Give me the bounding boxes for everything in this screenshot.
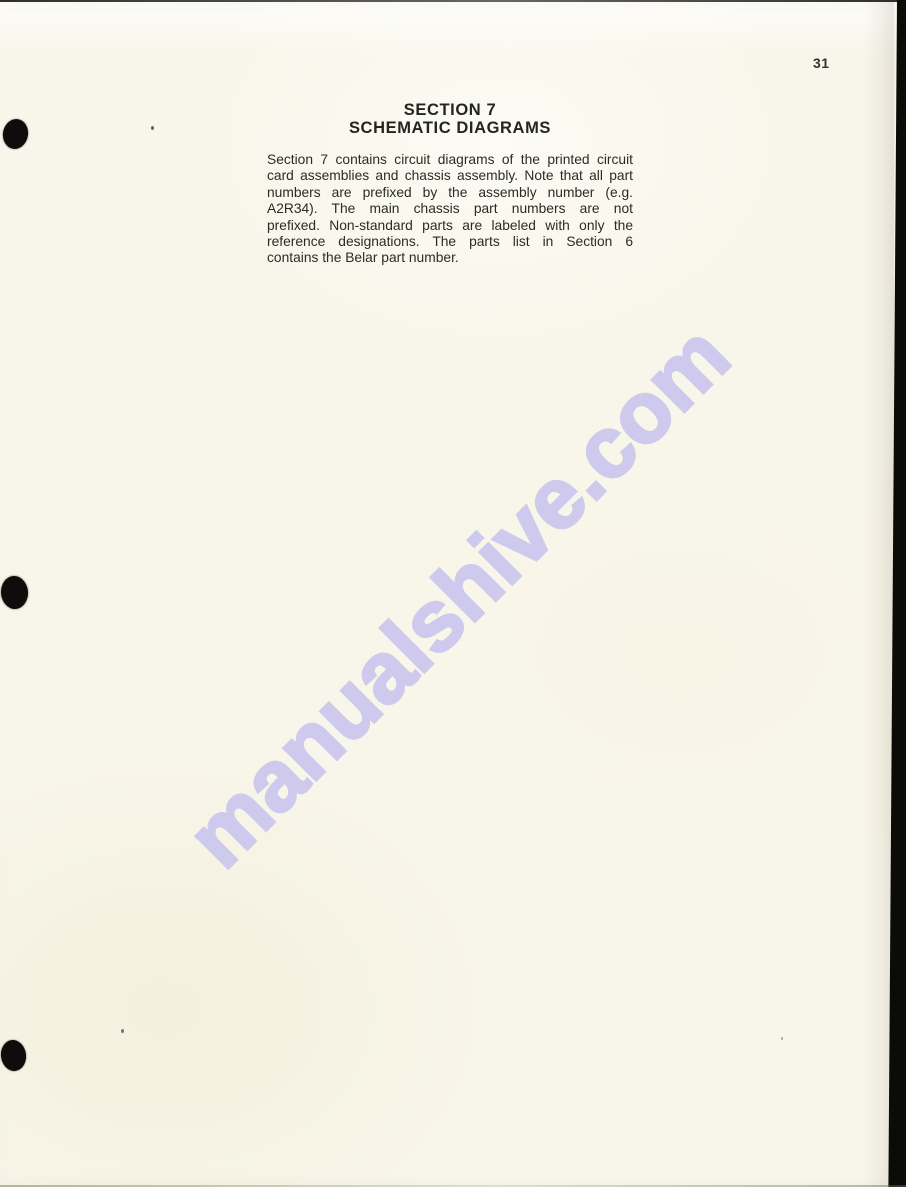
body-line: Section 7 contains circuit diagrams of t… xyxy=(267,152,633,168)
body-paragraph: Section 7 contains circuit diagrams of t… xyxy=(267,152,633,267)
scanned-manual-page: manualshive.com 31 SECTION 7 SCHEMATIC D… xyxy=(0,0,906,1187)
section-heading-line1: SECTION 7 xyxy=(267,101,633,119)
scan-speck xyxy=(781,1037,783,1040)
body-line: card assemblies and chassis assembly. No… xyxy=(267,168,633,184)
scan-speck xyxy=(121,1029,124,1033)
scan-top-edge xyxy=(0,0,906,2)
section-heading-line2: SCHEMATIC DIAGRAMS xyxy=(267,119,633,137)
punch-hole-bottom xyxy=(0,1038,28,1072)
body-line: A2R34). The main chassis part numbers ar… xyxy=(267,201,633,217)
body-line: prefixed. Non-standard parts are labeled… xyxy=(267,218,633,234)
scan-speck xyxy=(151,126,154,130)
body-line: numbers are prefixed by the assembly num… xyxy=(267,185,633,201)
section-heading: SECTION 7 SCHEMATIC DIAGRAMS xyxy=(267,101,633,137)
page-curl-shadow xyxy=(864,0,894,1187)
punch-hole-top xyxy=(1,117,31,151)
page-number: 31 xyxy=(813,55,830,71)
body-line: contains the Belar part number. xyxy=(267,250,633,266)
punch-hole-middle xyxy=(0,575,29,610)
body-line: reference designations. The parts list i… xyxy=(267,234,633,250)
watermark: manualshive.com xyxy=(169,307,749,887)
